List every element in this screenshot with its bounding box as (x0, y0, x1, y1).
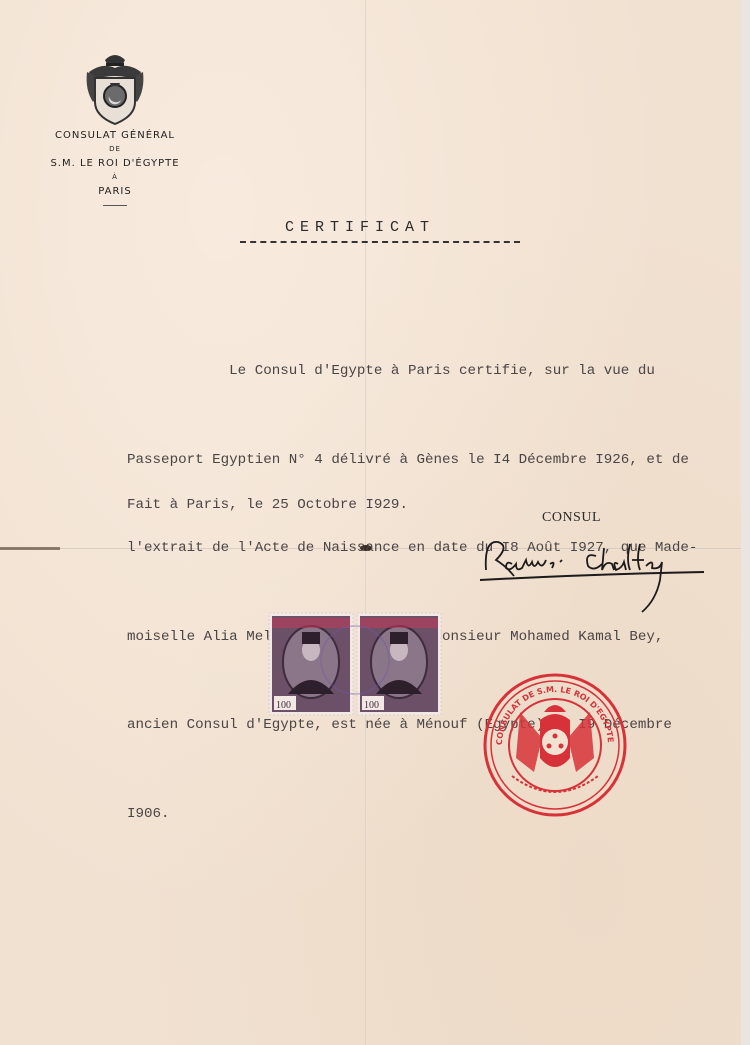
body-line: I906. (127, 800, 739, 830)
letterhead-rule (103, 205, 127, 206)
letterhead-line1: CONSULAT GÉNÉRAL (50, 128, 180, 143)
letterhead-line2: DE (50, 143, 180, 156)
letterhead-line4: À (50, 171, 180, 184)
place-and-date: Fait à Paris, le 25 Octobre I929. (127, 497, 408, 513)
certificate-paper: CONSULAT GÉNÉRAL DE S.M. LE ROI D'ÉGYPTE… (0, 0, 741, 1045)
royal-crest-icon (83, 50, 147, 128)
letterhead-line3: S.M. LE ROI D'ÉGYPTE (50, 156, 180, 171)
fold-tear (0, 547, 60, 550)
title-underline (240, 241, 520, 243)
signature-icon (476, 530, 716, 620)
body-line: Passeport Egyptien N° 4 délivré à Gènes … (127, 446, 739, 476)
postage-stamps: 100 100 (266, 610, 444, 718)
consulate-seal-icon: CONSULAT DE S.M. LE ROI D'EGYPTE A PARIS (482, 672, 628, 818)
body-line: Le Consul d'Egypte à Paris certifie, sur… (127, 357, 739, 387)
letterhead-line5: PARIS (50, 184, 180, 199)
document-title: CERTIFICAT (285, 219, 435, 236)
stamp-value: 100 (276, 700, 291, 711)
signatory-title: CONSUL (542, 510, 601, 526)
stamp-value: 100 (364, 700, 379, 711)
letterhead: CONSULAT GÉNÉRAL DE S.M. LE ROI D'ÉGYPTE… (50, 50, 180, 206)
